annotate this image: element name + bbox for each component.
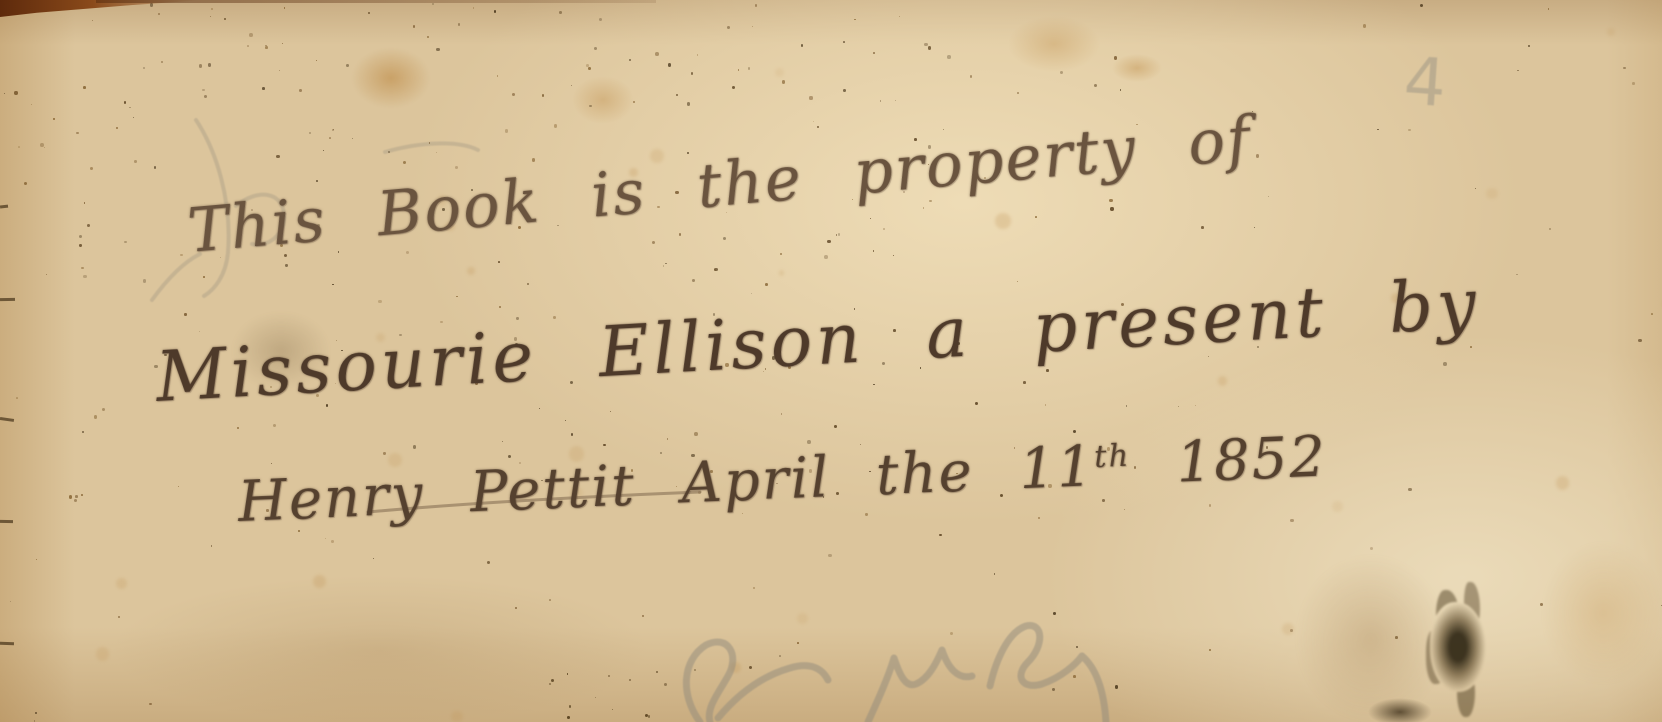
speckle [667, 438, 668, 439]
speckle [406, 251, 410, 255]
speckle [559, 11, 562, 14]
speckle [1073, 430, 1076, 433]
speckle [473, 7, 474, 8]
speckle [332, 129, 333, 130]
speckle [467, 267, 475, 275]
speckle [143, 279, 146, 282]
speckle [873, 250, 874, 251]
speckle [512, 93, 516, 97]
speckle [775, 68, 784, 77]
speckle [629, 59, 631, 61]
speckle [765, 283, 768, 286]
speckle [947, 55, 951, 59]
speckle [16, 397, 18, 399]
speckle [1282, 623, 1294, 635]
speckle [549, 599, 551, 601]
speckle [714, 268, 717, 271]
speckle [237, 427, 239, 429]
speckle [843, 89, 846, 92]
speckle [329, 137, 331, 139]
speckle [873, 52, 875, 54]
speckle [161, 61, 164, 64]
speckle [1035, 216, 1037, 218]
speckle [807, 440, 811, 444]
speckle [210, 16, 211, 17]
speckle [923, 207, 924, 208]
speckle [436, 48, 440, 52]
speckle [779, 270, 784, 275]
speckle [451, 711, 462, 722]
speckle [694, 432, 698, 436]
speckle [331, 540, 334, 543]
speckle [838, 233, 841, 236]
speckle [83, 86, 86, 89]
speckle [1254, 227, 1255, 228]
dark-stain-bottom [1368, 698, 1432, 722]
speckle [432, 3, 434, 5]
speckle [352, 138, 353, 139]
speckle [565, 420, 566, 421]
speckle [697, 54, 699, 56]
speckle [199, 64, 203, 68]
speckle [629, 679, 631, 681]
speckle [1017, 92, 1019, 94]
speckle [652, 241, 655, 244]
speckle [1218, 376, 1228, 386]
speckle [313, 575, 326, 588]
speckle [515, 607, 517, 609]
speckle [687, 102, 690, 105]
speckle [199, 331, 200, 332]
speckle [31, 104, 32, 105]
speckle [928, 46, 932, 50]
speckle [527, 283, 530, 286]
speckle [92, 20, 93, 21]
speckle [782, 80, 785, 83]
inscription-line-3-text: Henry Pettit April the 11 [237, 434, 1096, 535]
speckle [648, 715, 651, 718]
speckle [755, 4, 758, 7]
speckle [645, 714, 648, 717]
speckle [87, 224, 90, 227]
speckle [96, 647, 109, 660]
speckle [612, 709, 613, 710]
speckle [679, 233, 682, 236]
speckle [1038, 517, 1041, 520]
speckle [895, 100, 896, 101]
fox-stain [1008, 16, 1100, 72]
speckle [211, 545, 212, 546]
speckle [299, 89, 302, 92]
speckle [378, 300, 382, 304]
speckle [158, 13, 160, 15]
speckle [828, 554, 831, 557]
speckle [150, 3, 153, 6]
speckle [40, 143, 44, 147]
speckle [873, 384, 874, 385]
speckle [129, 107, 131, 109]
speckle [346, 64, 349, 67]
speckle [1548, 8, 1549, 9]
speckle [748, 67, 751, 70]
fox-stain [1112, 54, 1162, 82]
pencil-page-number: 4 [1401, 43, 1448, 123]
speckle [727, 26, 730, 29]
speckle [567, 716, 570, 719]
speckle [154, 166, 156, 168]
speckle [282, 43, 283, 44]
smudge-stain [1296, 555, 1446, 722]
page-edge-mark [0, 205, 9, 208]
speckle [403, 161, 406, 164]
speckle [247, 45, 249, 47]
speckle [4, 93, 5, 94]
speckle [854, 19, 855, 20]
speckle [995, 213, 1011, 229]
speckle [436, 152, 437, 153]
speckle [79, 235, 82, 238]
speckle [373, 558, 374, 559]
speckle [271, 463, 272, 464]
speckle [285, 264, 287, 266]
speckle [950, 632, 953, 635]
speckle [34, 720, 35, 721]
fox-stain [572, 76, 634, 124]
speckle [642, 615, 643, 616]
speckle [1363, 24, 1367, 28]
speckle [893, 255, 894, 256]
speckle [1517, 70, 1518, 71]
speckle [74, 499, 77, 502]
speckle [1651, 313, 1653, 315]
page-edge-mark [0, 642, 14, 645]
speckle [1094, 84, 1097, 87]
speckle [368, 12, 370, 14]
speckle [118, 616, 120, 618]
speckle [692, 279, 695, 282]
speckle [81, 267, 84, 270]
speckle [610, 411, 611, 412]
inscription-ordinal-suffix: th [1093, 437, 1131, 474]
speckle [865, 513, 867, 515]
speckle [594, 47, 597, 50]
speckle [1124, 509, 1125, 510]
speckle [694, 669, 696, 671]
speckle [36, 559, 37, 560]
speckle [751, 293, 752, 294]
speckle [1632, 82, 1635, 85]
speckle [1046, 369, 1049, 372]
speckle [124, 101, 126, 103]
speckle [262, 87, 265, 90]
speckle [44, 147, 45, 148]
speckle [1540, 603, 1543, 606]
tea-stain [1542, 542, 1662, 684]
speckle [1017, 281, 1018, 282]
speckle [1102, 499, 1105, 502]
speckle [332, 284, 333, 285]
speckle [994, 573, 995, 574]
speckle [333, 129, 334, 130]
speckle [1060, 71, 1063, 74]
speckle [383, 452, 385, 454]
speckle [265, 46, 268, 49]
speckle [102, 408, 105, 411]
speckle [388, 151, 390, 153]
speckle [899, 16, 900, 17]
speckle [569, 705, 571, 707]
speckle [1470, 346, 1472, 348]
speckle [797, 642, 799, 644]
inscription-line-2: Missourie Ellison a present by [154, 264, 1482, 418]
speckle [779, 655, 781, 657]
speckle [970, 75, 973, 78]
speckle [1268, 196, 1270, 198]
inscription-line-3: Henry Pettit April the 11th 1852 [237, 424, 1329, 535]
speckle [1076, 646, 1079, 649]
speckle [571, 433, 574, 436]
speckle [276, 155, 279, 158]
speckle [752, 26, 753, 27]
dark-ink-blot [1430, 602, 1486, 692]
speckle [714, 269, 716, 271]
speckle [1209, 504, 1212, 507]
paper-discoloration [110, 575, 650, 722]
speckle [571, 85, 572, 86]
speckle [924, 43, 927, 46]
page-edge-mark [0, 417, 14, 421]
speckle [284, 7, 285, 8]
speckle [1053, 612, 1056, 615]
speckle [94, 415, 98, 419]
speckle [499, 306, 501, 308]
speckle [14, 91, 17, 94]
speckle [1023, 381, 1026, 384]
inscription-line-3-year: 1852 [1129, 424, 1328, 497]
speckle [665, 263, 666, 264]
speckle [134, 160, 137, 163]
speckle [184, 313, 186, 315]
speckle [753, 587, 755, 589]
speckle [494, 10, 497, 13]
speckle [633, 101, 635, 103]
speckle [801, 44, 803, 46]
speckle [676, 94, 678, 96]
speckle [668, 63, 671, 66]
speckle [224, 18, 226, 20]
speckle [1607, 28, 1615, 36]
speckle [656, 671, 658, 673]
speckle [203, 276, 205, 278]
speckle [79, 244, 81, 246]
speckle [1073, 675, 1076, 678]
page-edge-mark [0, 520, 13, 523]
speckle [1110, 207, 1113, 210]
speckle [1045, 404, 1047, 406]
speckle [265, 45, 267, 47]
speckle [90, 167, 93, 170]
speckle [455, 166, 458, 169]
speckle [1486, 188, 1498, 200]
speckle [1370, 547, 1373, 550]
fox-stain [352, 48, 430, 108]
speckle [487, 561, 490, 564]
speckle [843, 41, 845, 43]
speckle [827, 240, 830, 243]
speckle [116, 578, 127, 589]
speckle [1408, 129, 1411, 132]
speckle [413, 25, 416, 28]
speckle [1209, 649, 1211, 651]
speckle [780, 253, 782, 255]
speckle [586, 64, 589, 67]
speckle [749, 666, 752, 669]
speckle [46, 274, 47, 275]
speckle [730, 662, 741, 673]
speckle [124, 241, 127, 244]
speckle [497, 75, 499, 77]
speckle [1332, 501, 1343, 512]
speckle [1290, 629, 1293, 632]
speckle [1556, 476, 1569, 489]
speckle [316, 60, 317, 61]
speckle [834, 425, 837, 428]
speckle [1408, 488, 1411, 491]
speckle [599, 18, 602, 21]
speckle [76, 132, 78, 134]
speckle [595, 697, 596, 698]
speckle [1115, 685, 1118, 688]
speckle [69, 495, 72, 498]
speckle [323, 150, 324, 151]
speckle [316, 180, 318, 182]
speckle [532, 158, 535, 161]
speckle [817, 126, 818, 127]
speckle [836, 234, 837, 235]
speckle [539, 408, 540, 409]
speckle [1623, 67, 1625, 69]
speckle [458, 23, 460, 25]
speckle [589, 105, 591, 107]
speckle [204, 95, 207, 98]
speckle [1516, 274, 1518, 276]
speckle [691, 72, 694, 75]
speckle [551, 679, 554, 682]
speckle [738, 69, 740, 71]
speckle [797, 613, 808, 624]
speckle [824, 255, 828, 259]
speckle [325, 538, 326, 539]
speckle [588, 67, 591, 70]
speckle [180, 254, 182, 256]
speckle [178, 486, 179, 487]
speckle [663, 265, 664, 266]
speckle [1256, 154, 1259, 157]
speckle [975, 402, 978, 405]
speckle [505, 129, 508, 132]
speckle [35, 712, 37, 714]
speckle [542, 94, 544, 96]
speckle [809, 96, 812, 99]
speckle [143, 67, 145, 69]
speckle [83, 275, 86, 278]
speckle [309, 132, 311, 134]
speckle [1114, 56, 1117, 59]
speckle [870, 218, 871, 219]
speckle [1126, 405, 1128, 407]
speckle [1475, 188, 1476, 189]
speckle [1395, 636, 1398, 639]
speckle [82, 431, 84, 433]
speckle [81, 494, 83, 496]
speckle [1549, 228, 1551, 230]
speckle [1109, 199, 1112, 202]
speckle [883, 228, 885, 230]
speckle [1178, 406, 1179, 407]
speckle [567, 673, 568, 674]
speckle [273, 424, 276, 427]
speckle [133, 117, 134, 118]
speckle [732, 86, 735, 89]
speckle [1052, 688, 1055, 691]
speckle [603, 444, 606, 447]
speckle [1201, 226, 1204, 229]
speckle [502, 441, 503, 442]
speckle [608, 675, 611, 678]
book-endpaper-scan: This Book is the property of Missourie E… [0, 0, 1662, 722]
speckle [813, 121, 814, 122]
speckle [1638, 339, 1642, 343]
speckle [149, 703, 152, 706]
speckle [413, 445, 416, 448]
speckle [1252, 111, 1253, 112]
speckle [456, 296, 458, 298]
speckle [781, 413, 782, 414]
speckle [18, 146, 20, 148]
page-edge-mark [0, 298, 15, 301]
speckle [84, 202, 85, 203]
speckle [279, 70, 280, 71]
speckle [10, 601, 11, 602]
speckle [1528, 45, 1531, 48]
speckle [53, 118, 54, 119]
speckle [1377, 129, 1379, 131]
speckle [1420, 4, 1423, 7]
speckle [211, 8, 213, 10]
speckle [554, 124, 557, 127]
page-top-edge-shadow [96, 0, 656, 3]
speckle [655, 52, 659, 56]
speckle [208, 63, 212, 67]
speckle [1290, 519, 1293, 522]
speckle [880, 100, 881, 101]
speckle [664, 683, 667, 686]
speckle [1195, 405, 1196, 406]
speckle [939, 534, 942, 537]
speckle [429, 142, 431, 144]
speckle [1120, 89, 1122, 91]
speckle [24, 182, 27, 185]
speckle [549, 683, 551, 685]
speckle [723, 237, 726, 240]
speckle [427, 36, 429, 38]
inscription-line-1: This Book is the property of [185, 103, 1254, 267]
speckle [498, 261, 500, 263]
speckle [1443, 362, 1447, 366]
speckle [116, 127, 118, 129]
speckle [75, 495, 78, 498]
speckle [202, 89, 204, 91]
